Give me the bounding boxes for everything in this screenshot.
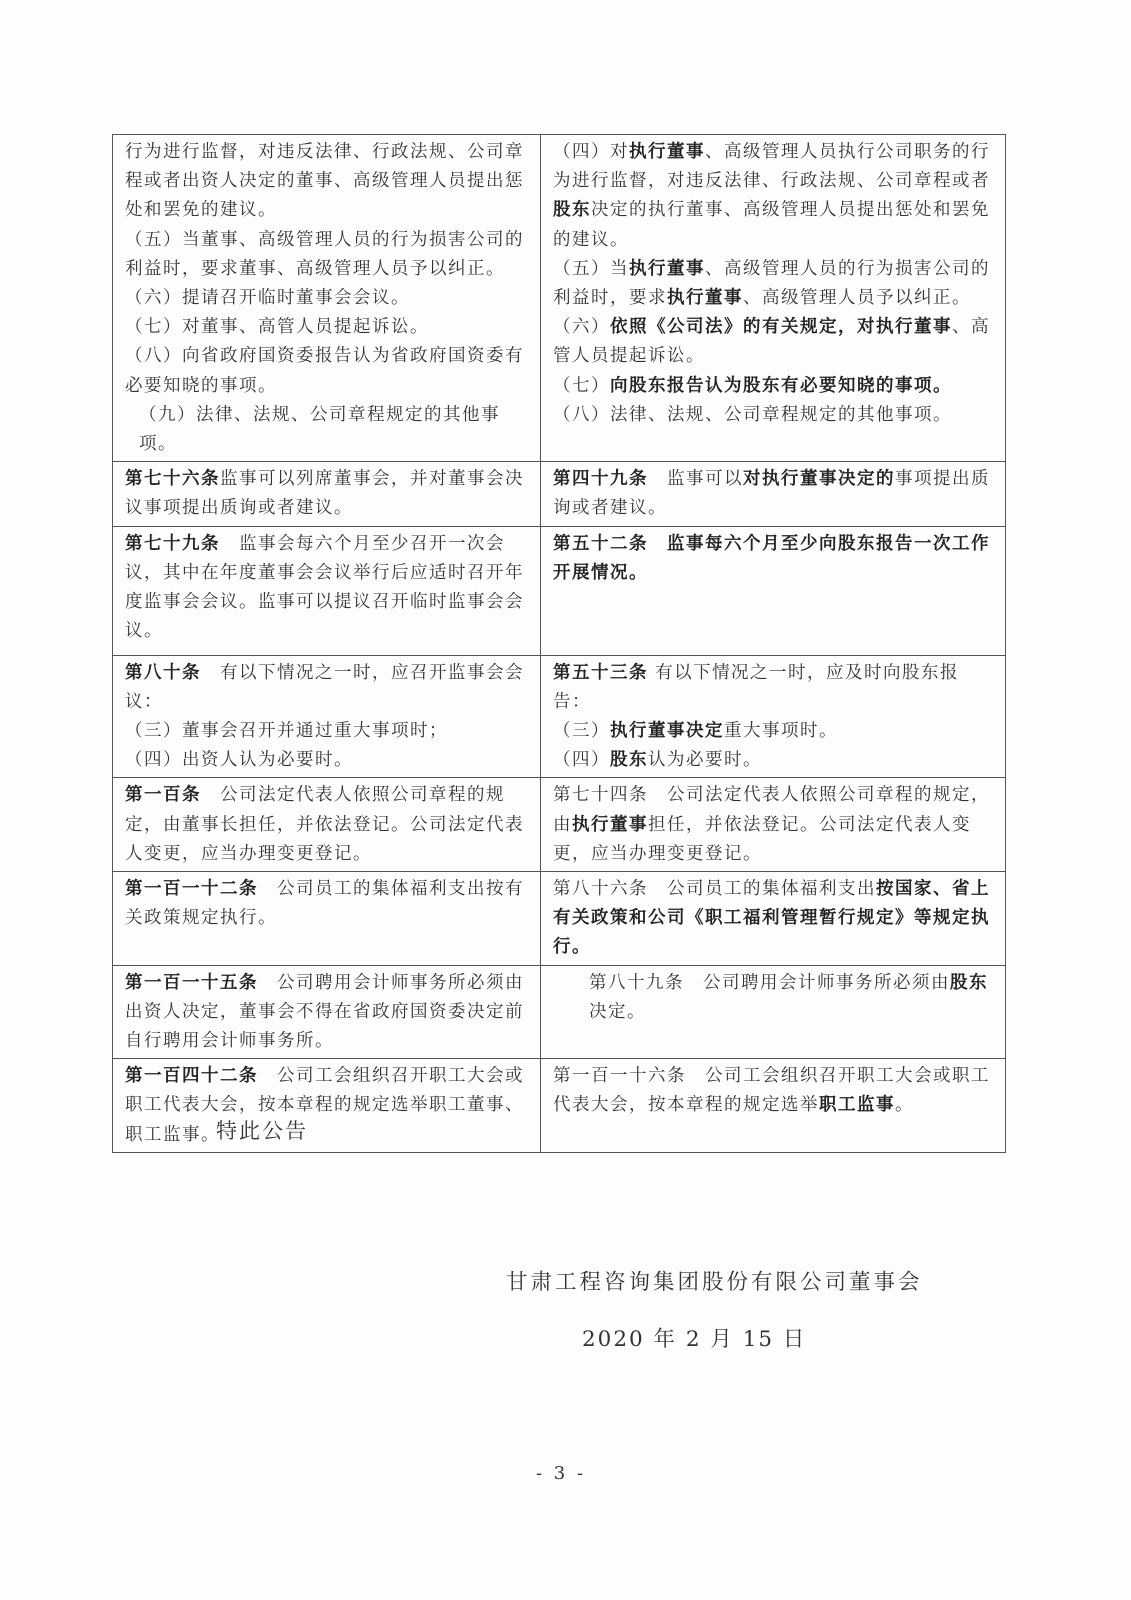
clause-text: （三）董事会召开并通过重大事项时；: [125, 721, 448, 741]
amended-clause-cell: 第五十三条 有以下情况之一时，应及时向股东报告：（三）执行董事决定重大事项时。（…: [541, 655, 1006, 778]
signer-board: 甘肃工程咨询集团股份有限公司董事会: [506, 1265, 923, 1296]
original-clause-cell: 第一百条 公司法定代表人依照公司章程的规定，由董事长担任，并依法登记。公司法定代…: [113, 778, 541, 872]
emphasized-text: 第四十九条: [553, 469, 648, 489]
clause-text: （七）对董事、高管人员提起诉讼。: [125, 317, 429, 337]
emphasized-text: 股东: [553, 200, 591, 220]
clause-paragraph: （四）出资人认为必要时。: [125, 746, 532, 775]
amendment-comparison-table: 行为进行监督，对违反法律、行政法规、公司章程或者出资人决定的董事、高级管理人员提…: [112, 134, 1006, 1153]
clause-text: 第一百一十六条 公司工会组织召开职工大会或职工代表大会，按本章程的规定选举: [553, 1066, 990, 1115]
emphasized-text: 第一百一十五条: [125, 973, 258, 993]
clause-text: 。: [895, 1095, 914, 1115]
clause-text: 认为必要时。: [648, 750, 762, 770]
clause-paragraph: 行为进行监督，对违反法律、行政法规、公司章程或者出资人决定的董事、高级管理人员提…: [125, 138, 532, 226]
clause-text: （五）当: [553, 259, 629, 279]
emphasized-text: 对执行董事决定的: [743, 469, 895, 489]
page-number: - 3 -: [536, 1463, 586, 1484]
clause-paragraph: （五）当董事、高级管理人员的行为损害公司的利益时，要求董事、高级管理人员予以纠正…: [125, 226, 532, 284]
clause-text: [648, 534, 667, 554]
clause-text: 、高级管理人员予以纠正。: [743, 288, 971, 308]
emphasized-text: 执行董事: [572, 815, 648, 835]
emphasized-text: 向股东报告认为股东有必要知晓的事项。: [610, 376, 952, 396]
clause-text: 第八十九条 公司聘用会计师事务所必须由: [589, 973, 950, 993]
clause-paragraph: 第四十九条 监事可以对执行董事决定的事项提出质询或者建议。: [553, 465, 997, 523]
table-row: 第七十九条 监事会每六个月至少召开一次会议，其中在年度董事会会议举行后应适时召开…: [113, 526, 1006, 655]
clause-paragraph: （三）董事会召开并通过重大事项时；: [125, 717, 532, 746]
clause-text: 第八十六条 公司员工的集体福利支出: [553, 879, 876, 899]
original-clause-cell: 行为进行监督，对违反法律、行政法规、公司章程或者出资人决定的董事、高级管理人员提…: [113, 135, 541, 462]
amended-clause-cell: 第一百一十六条 公司工会组织召开职工大会或职工代表大会，按本章程的规定选举职工监…: [541, 1059, 1006, 1153]
clause-text: 重大事项时。: [724, 721, 838, 741]
table-row: 第一百一十二条 公司员工的集体福利支出按有关政策规定执行。第八十六条 公司员工的…: [113, 872, 1006, 966]
clause-paragraph: （四）股东认为必要时。: [553, 746, 997, 775]
emphasized-text: 执行董事: [629, 142, 705, 162]
emphasized-text: 股东: [950, 973, 988, 993]
clause-paragraph: 第八十九条 公司聘用会计师事务所必须由股东决定。: [553, 969, 997, 1027]
clause-paragraph: 第七十六条监事可以列席董事会，并对董事会决议事项提出质询或者建议。: [125, 465, 532, 523]
clause-paragraph: 第五十三条 有以下情况之一时，应及时向股东报告：: [553, 659, 997, 717]
emphasized-text: 第五十二条: [553, 534, 648, 554]
emphasized-text: 执行董事: [667, 288, 743, 308]
clause-paragraph: 第一百一十六条 公司工会组织召开职工大会或职工代表大会，按本章程的规定选举职工监…: [553, 1062, 997, 1120]
amended-clause-cell: 第八十六条 公司员工的集体福利支出按国家、省上有关政策和公司《职工福利管理暂行规…: [541, 872, 1006, 966]
table-body: 行为进行监督，对违反法律、行政法规、公司章程或者出资人决定的董事、高级管理人员提…: [113, 135, 1006, 1153]
clause-paragraph: 第一百条 公司法定代表人依照公司章程的规定，由董事长担任，并依法登记。公司法定代…: [125, 781, 532, 869]
original-clause-cell: 第一百四十二条 公司工会组织召开职工大会或职工代表大会，按本章程的规定选举职工董…: [113, 1059, 541, 1153]
amended-clause-cell: 第八十九条 公司聘用会计师事务所必须由股东决定。: [541, 965, 1006, 1059]
clause-paragraph: （七）向股东报告认为股东有必要知晓的事项。: [553, 372, 997, 401]
emphasized-text: 第七十九条: [125, 534, 220, 554]
clause-text: （五）当董事、高级管理人员的行为损害公司的利益时，要求董事、高级管理人员予以纠正…: [125, 230, 524, 279]
clause-text: （四）: [553, 750, 610, 770]
original-clause-cell: 第七十九条 监事会每六个月至少召开一次会议，其中在年度董事会会议举行后应适时召开…: [113, 526, 541, 655]
original-clause-cell: 第七十六条监事可以列席董事会，并对董事会决议事项提出质询或者建议。: [113, 462, 541, 526]
table-row: 第七十六条监事可以列席董事会，并对董事会决议事项提出质询或者建议。第四十九条 监…: [113, 462, 1006, 526]
document-page: 行为进行监督，对违反法律、行政法规、公司章程或者出资人决定的董事、高级管理人员提…: [0, 0, 1131, 1600]
clause-paragraph: 第一百四十二条 公司工会组织召开职工大会或职工代表大会，按本章程的规定选举职工董…: [125, 1062, 532, 1150]
table-row: 行为进行监督，对违反法律、行政法规、公司章程或者出资人决定的董事、高级管理人员提…: [113, 135, 1006, 462]
clause-text: （四）对: [553, 142, 629, 162]
clause-text: （八）向省政府国资委报告认为省政府国资委有必要知晓的事项。: [125, 346, 524, 395]
clause-text: （四）出资人认为必要时。: [125, 750, 353, 770]
closing-remark: 特此公告: [216, 1115, 308, 1145]
emphasized-text: 第一百四十二条: [125, 1066, 258, 1086]
emphasized-text: 第五十三条: [553, 663, 648, 683]
clause-paragraph: 第八十条 有以下情况之一时，应召开监事会会议：: [125, 659, 532, 717]
clause-text: （九）法律、法规、公司章程规定的其他事项。: [139, 405, 500, 454]
amended-clause-cell: 第五十二条 监事每六个月至少向股东报告一次工作开展情况。: [541, 526, 1006, 655]
clause-paragraph: （九）法律、法规、公司章程规定的其他事项。: [125, 401, 532, 459]
emphasized-text: 第一百一十二条: [125, 879, 258, 899]
clause-paragraph: （八）向省政府国资委报告认为省政府国资委有必要知晓的事项。: [125, 342, 532, 400]
clause-text: （三）: [553, 721, 610, 741]
clause-text: （六）提请召开临时董事会会议。: [125, 288, 410, 308]
clause-paragraph: （八）法律、法规、公司章程规定的其他事项。: [553, 401, 997, 430]
signature-date: 2020 年 2 月 15 日: [582, 1322, 806, 1353]
clause-text: （七）: [553, 376, 610, 396]
clause-paragraph: （五）当执行董事、高级管理人员的行为损害公司的利益时，要求执行董事、高级管理人员…: [553, 255, 997, 313]
emphasized-text: 第七十六条: [125, 469, 220, 489]
clause-text: 决定的执行董事、高级管理人员提出惩处和罢免的建议。: [553, 200, 990, 249]
table-row: 第八十条 有以下情况之一时，应召开监事会会议：（三）董事会召开并通过重大事项时；…: [113, 655, 1006, 778]
clause-paragraph: （四）对执行董事、高级管理人员执行公司职务的行为进行监督，对违反法律、行政法规、…: [553, 138, 997, 255]
clause-text: （六）: [553, 317, 610, 337]
emphasized-text: 股东: [610, 750, 648, 770]
clause-paragraph: 第七十九条 监事会每六个月至少召开一次会议，其中在年度董事会会议举行后应适时召开…: [125, 530, 532, 647]
clause-paragraph: （七）对董事、高管人员提起诉讼。: [125, 313, 532, 342]
clause-paragraph: （六）依照《公司法》的有关规定，对执行董事、高管人员提起诉讼。: [553, 313, 997, 371]
table-row: 第一百条 公司法定代表人依照公司章程的规定，由董事长担任，并依法登记。公司法定代…: [113, 778, 1006, 872]
amended-clause-cell: 第七十四条 公司法定代表人依照公司章程的规定，由执行董事担任，并依法登记。公司法…: [541, 778, 1006, 872]
clause-text: 监事可以: [648, 469, 743, 489]
clause-text: 行为进行监督，对违反法律、行政法规、公司章程或者出资人决定的董事、高级管理人员提…: [125, 142, 524, 220]
clause-paragraph: 第八十六条 公司员工的集体福利支出按国家、省上有关政策和公司《职工福利管理暂行规…: [553, 875, 997, 963]
original-clause-cell: 第一百一十二条 公司员工的集体福利支出按有关政策规定执行。: [113, 872, 541, 966]
emphasized-text: 执行董事决定: [610, 721, 724, 741]
table-row: 第一百一十五条 公司聘用会计师事务所必须由出资人决定，董事会不得在省政府国资委决…: [113, 965, 1006, 1059]
clause-text: （八）法律、法规、公司章程规定的其他事项。: [553, 405, 952, 425]
clause-paragraph: （六）提请召开临时董事会会议。: [125, 284, 532, 313]
emphasized-text: 第一百条: [125, 785, 201, 805]
clause-paragraph: （三）执行董事决定重大事项时。: [553, 717, 997, 746]
clause-paragraph: 第七十四条 公司法定代表人依照公司章程的规定，由执行董事担任，并依法登记。公司法…: [553, 781, 997, 869]
amended-clause-cell: 第四十九条 监事可以对执行董事决定的事项提出质询或者建议。: [541, 462, 1006, 526]
clause-text: 决定。: [589, 1002, 646, 1022]
amended-clause-cell: （四）对执行董事、高级管理人员执行公司职务的行为进行监督，对违反法律、行政法规、…: [541, 135, 1006, 462]
clause-paragraph: 第五十二条 监事每六个月至少向股东报告一次工作开展情况。: [553, 530, 997, 588]
clause-paragraph: 第一百一十五条 公司聘用会计师事务所必须由出资人决定，董事会不得在省政府国资委决…: [125, 969, 532, 1057]
original-clause-cell: 第八十条 有以下情况之一时，应召开监事会会议：（三）董事会召开并通过重大事项时；…: [113, 655, 541, 778]
emphasized-text: 依照《公司法》的有关规定，对执行董事: [610, 317, 952, 337]
original-clause-cell: 第一百一十五条 公司聘用会计师事务所必须由出资人决定，董事会不得在省政府国资委决…: [113, 965, 541, 1059]
emphasized-text: 执行董事: [629, 259, 705, 279]
clause-paragraph: 第一百一十二条 公司员工的集体福利支出按有关政策规定执行。: [125, 875, 532, 933]
emphasized-text: 第八十条: [125, 663, 201, 683]
emphasized-text: 职工监事: [819, 1095, 895, 1115]
